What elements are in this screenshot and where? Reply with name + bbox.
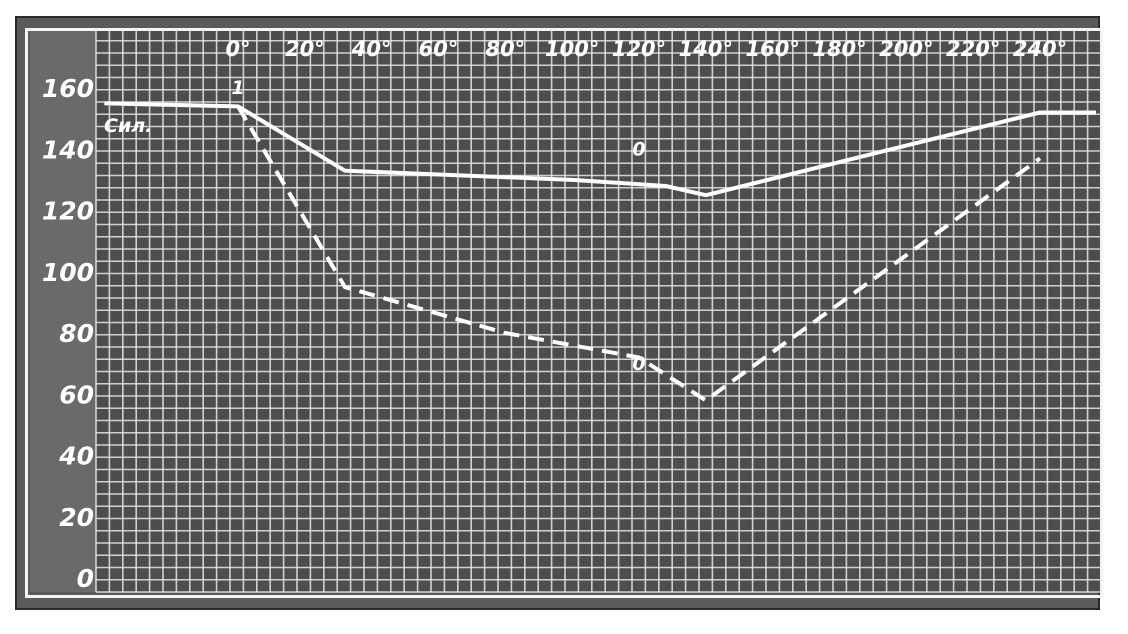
chart-border (25, 28, 1103, 598)
